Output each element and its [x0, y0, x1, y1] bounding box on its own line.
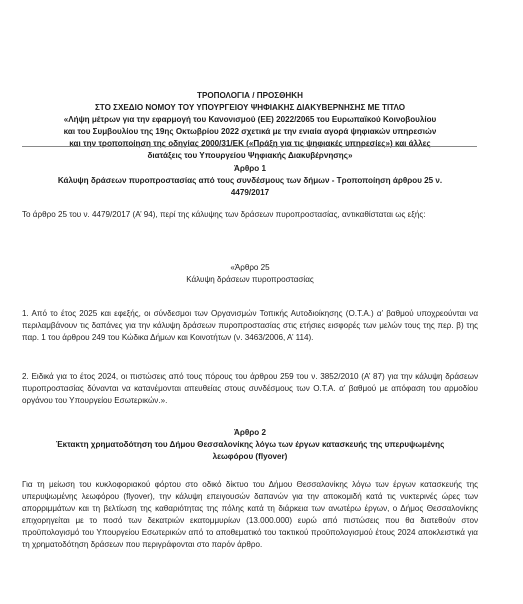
article-1-header: Άρθρο 1 Κάλυψη δράσεων πυροπροστασίας απ… — [22, 163, 478, 199]
document-title-block: ΤΡΟΠΟΛΟΓΙΑ / ΠΡΟΣΘΗΚΗ ΣΤΟ ΣΧΕΔΙΟ ΝΟΜΟΥ Τ… — [22, 90, 478, 162]
article-1-label: Άρθρο 1 — [22, 163, 478, 175]
bill-title-line: και του Συμβουλίου της 19ης Οκτωβρίου 20… — [22, 126, 478, 138]
article-1-paragraph-2: 2. Ειδικά για το έτος 2024, οι πιστώσεις… — [22, 371, 478, 407]
article-1-intro: Το άρθρο 25 του ν. 4479/2017 (Α’ 94), πε… — [22, 209, 478, 221]
bill-title-line: «Λήψη μέτρων για την εφαρμογή του Κανονι… — [22, 114, 478, 126]
document-title: ΤΡΟΠΟΛΟΓΙΑ / ΠΡΟΣΘΗΚΗ — [22, 90, 478, 102]
bill-title-line: και την τροποποίηση της οδηγίας 2000/31/… — [22, 138, 478, 150]
document-title-line2: ΣΤΟ ΣΧΕΔΙΟ ΝΟΜΟΥ ΤΟΥ ΥΠΟΥΡΓΕΙΟΥ ΨΗΦΙΑΚΗΣ… — [22, 102, 478, 114]
quoted-article-header: «Άρθρο 25 Κάλυψη δράσεων πυροπροστασίας — [22, 262, 478, 286]
article-1-heading-line: 4479/2017 — [22, 187, 478, 199]
article-2-heading-line: Έκτακτη χρηματοδότηση του Δήμου Θεσσαλον… — [22, 439, 478, 451]
bill-title-line: διατάξεις του Υπουργείου Ψηφιακής Διακυβ… — [22, 150, 478, 162]
horizontal-divider — [22, 146, 477, 147]
article-2-label: Άρθρο 2 — [22, 427, 478, 439]
article-1-paragraph-1: 1. Από το έτος 2025 και εφεξής, οι σύνδε… — [22, 308, 478, 344]
article-2-header: Άρθρο 2 Έκτακτη χρηματοδότηση του Δήμου … — [22, 427, 478, 463]
article-1-heading-line: Κάλυψη δράσεων πυροπροστασίας από τους σ… — [22, 175, 478, 187]
document-page: ΤΡΟΠΟΛΟΓΙΑ / ΠΡΟΣΘΗΚΗ ΣΤΟ ΣΧΕΔΙΟ ΝΟΜΟΥ Τ… — [0, 0, 523, 604]
article-2-heading-line: λεωφόρου (flyover) — [22, 451, 478, 463]
article-2-paragraph: Για τη μείωση του κυκλοφοριακού φόρτου σ… — [22, 479, 478, 551]
quoted-article-label: «Άρθρο 25 — [22, 262, 478, 274]
quoted-article-heading: Κάλυψη δράσεων πυροπροστασίας — [22, 274, 478, 286]
